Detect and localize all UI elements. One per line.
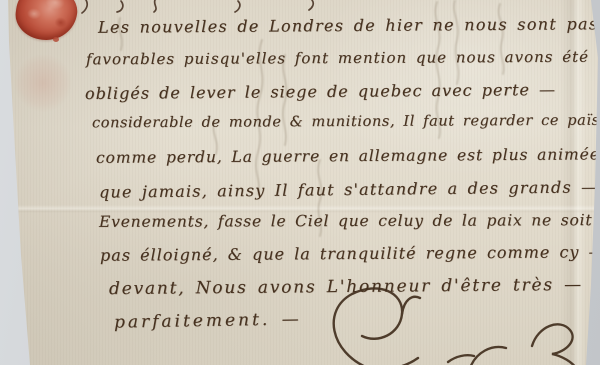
letter-paper: Les nouvelles de Londres de hier ne nous… bbox=[0, 0, 600, 365]
signature-flourish bbox=[0, 0, 600, 365]
photo-of-letter: Les nouvelles de Londres de hier ne nous… bbox=[0, 0, 600, 365]
